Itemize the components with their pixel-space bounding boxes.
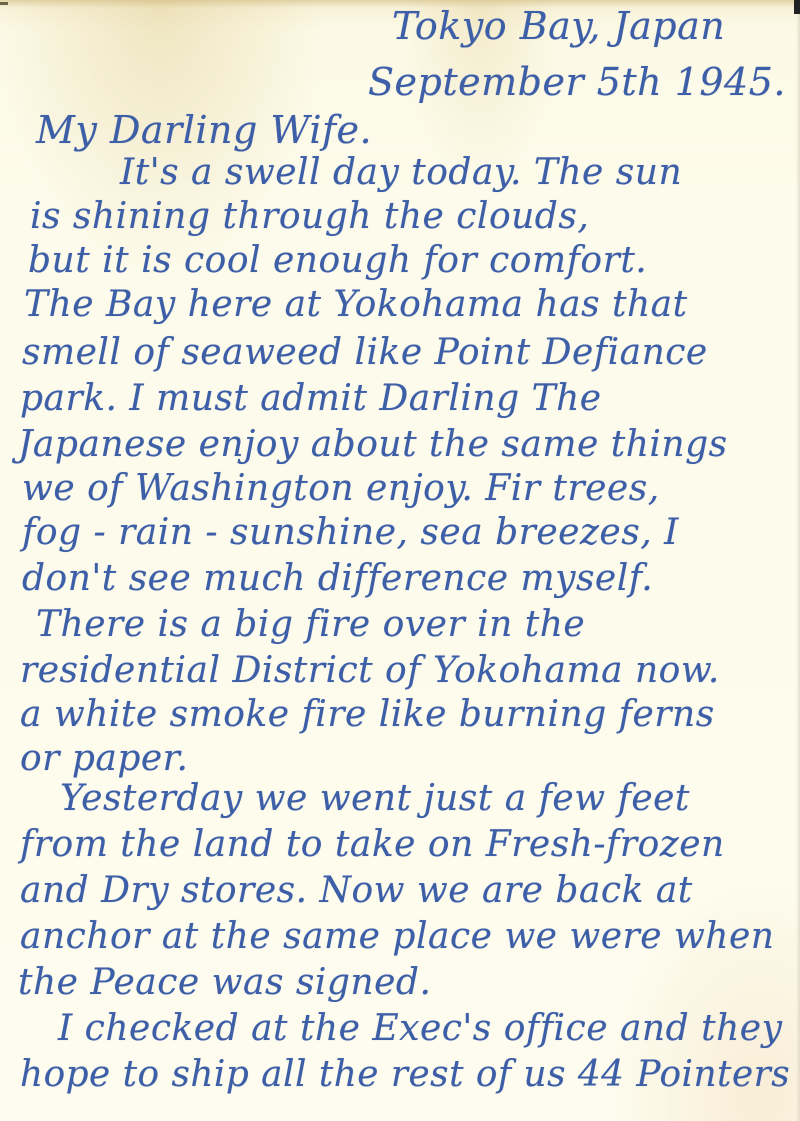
paper-right-edge	[796, 0, 800, 1121]
letter-salutation: My Darling Wife.	[36, 108, 372, 152]
letter-line: There is a big fire over in the	[36, 604, 585, 645]
letter-line: hope to ship all the rest of us 44 Point…	[20, 1054, 790, 1095]
letter-line: fog - rain - sunshine, sea breezes, I	[22, 512, 679, 553]
letter-line: The Bay here at Yokohama has that	[24, 284, 688, 325]
letter-place: Tokyo Bay, Japan	[392, 4, 725, 48]
letter-line: park. I must admit Darling The	[20, 378, 602, 419]
scan-corner-mark	[794, 0, 800, 14]
letter-line: a white smoke fire like burning ferns	[20, 694, 715, 735]
letter-line: It's a swell day today. The sun	[120, 152, 682, 193]
letter-page: Tokyo Bay, Japan September 5th 1945. My …	[0, 0, 800, 1121]
letter-line: I checked at the Exec's office and they	[58, 1008, 782, 1049]
letter-line: residential District of Yokohama now.	[20, 650, 720, 691]
letter-line: the Peace was signed.	[18, 962, 431, 1003]
letter-line: or paper.	[20, 738, 188, 779]
letter-date: September 5th 1945.	[368, 60, 786, 104]
letter-line: is shining through the clouds,	[30, 196, 589, 237]
letter-line: we of Washington enjoy. Fir trees,	[22, 468, 660, 509]
letter-line: Yesterday we went just a few feet	[60, 778, 690, 819]
letter-line: don't see much difference myself.	[22, 558, 653, 599]
letter-line: Japanese enjoy about the same things	[18, 424, 728, 465]
letter-line: from the land to take on Fresh-frozen	[20, 824, 725, 865]
scan-left-mark	[0, 2, 8, 5]
letter-line: anchor at the same place we were when	[20, 916, 774, 957]
letter-line: but it is cool enough for comfort.	[28, 240, 647, 281]
letter-line: smell of seaweed like Point Defiance	[22, 332, 708, 373]
letter-line: and Dry stores. Now we are back at	[20, 870, 693, 911]
